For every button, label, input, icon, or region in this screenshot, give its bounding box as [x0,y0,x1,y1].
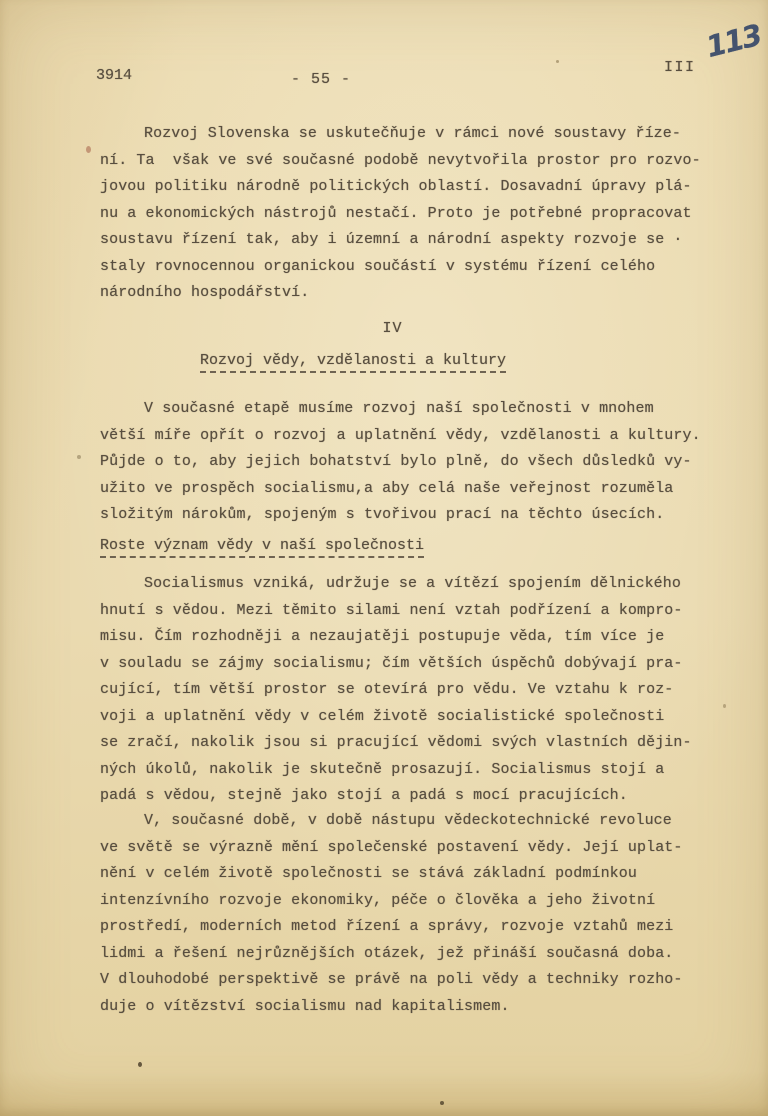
text-line: Socialismus vzniká, udržuje se a vítězí … [100,571,720,598]
text-line: cující, tím větší prostor se otevírá pro… [100,677,720,704]
text-line: prostředí, moderních metod řízení a sprá… [100,914,720,941]
text-line: v souladu se zájmy socialismu; čím větší… [100,651,720,678]
text-line: užito ve prospěch socialismu,a aby celá … [100,476,720,503]
paper-speck [138,1062,142,1067]
subsection-heading: Roste význam vědy v naší společnosti [100,537,424,558]
paper-speck [723,704,726,708]
scanned-document-page: 113 3914 - 55 - III Rozvoj Slovenska se … [0,0,768,1116]
text-line: padá s vědou, stejně jako stojí a padá s… [100,783,720,810]
text-line: větší míře opřít o rozvoj a uplatnění vě… [100,423,720,450]
text-line: intenzívního rozvoje ekonomiky, péče o č… [100,888,720,915]
text-line: lidmi a řešení nejrůznějších otázek, jež… [100,941,720,968]
chapter-numeral: III [664,59,696,76]
text-line: se zračí, nakolik jsou si pracující vědo… [100,730,720,757]
text-line: národního hospodářství. [100,280,720,307]
text-line: duje o vítězství socialismu nad kapitali… [100,994,720,1021]
page-number: - 55 - [291,71,351,88]
text-line: Rozvoj Slovenska se uskutečňuje v rámci … [100,121,720,148]
paper-speck [86,146,91,153]
section-numeral: IV [100,320,685,337]
text-line: ných úkolů, nakolik je skutečně prosazuj… [100,757,720,784]
text-line: V současné etapě musíme rozvoj naší spol… [100,396,720,423]
paragraph-3: Socialismus vzniká, udržuje se a vítězí … [100,571,720,810]
text-line: nění v celém životě společnosti se stává… [100,861,720,888]
text-line: ní. Ta však ve své současné podobě nevyt… [100,148,720,175]
text-line: nu a ekonomických nástrojů nestačí. Prot… [100,201,720,228]
text-line: staly rovnocennou organickou součástí v … [100,254,720,281]
text-line: složitým nárokům, spojeným s tvořivou pr… [100,502,720,529]
subsection-heading-text: Roste význam vědy v naší společnosti [100,537,424,558]
text-line: hnutí s vědou. Mezi těmito silami není v… [100,598,720,625]
text-line: jovou politiku národně politických oblas… [100,174,720,201]
paragraph-1: Rozvoj Slovenska se uskutečňuje v rámci … [100,121,720,307]
paper-speck [556,60,559,63]
document-number: 3914 [96,67,132,84]
text-line: V dlouhodobé perspektivě se právě na pol… [100,967,720,994]
text-line: misu. Čím rozhodněji a nezaujatěji postu… [100,624,720,651]
text-line: voji a uplatnění vědy v celém životě soc… [100,704,720,731]
section-heading-text: Rozvoj vědy, vzdělanosti a kultury [200,352,506,373]
paper-speck [77,455,81,459]
text-line: V, současné době, v době nástupu vědecko… [100,808,720,835]
paragraph-2: V současné etapě musíme rozvoj naší spol… [100,396,720,529]
handwritten-page-number: 113 [703,18,764,64]
paragraph-4: V, současné době, v době nástupu vědecko… [100,808,720,1020]
paper-speck [440,1101,444,1105]
text-line: Půjde o to, aby jejich bohatství bylo pl… [100,449,720,476]
text-line: ve světě se výrazně mění společenské pos… [100,835,720,862]
section-heading: Rozvoj vědy, vzdělanosti a kultury [200,352,506,373]
text-line: soustavu řízení tak, aby i územní a náro… [100,227,720,254]
